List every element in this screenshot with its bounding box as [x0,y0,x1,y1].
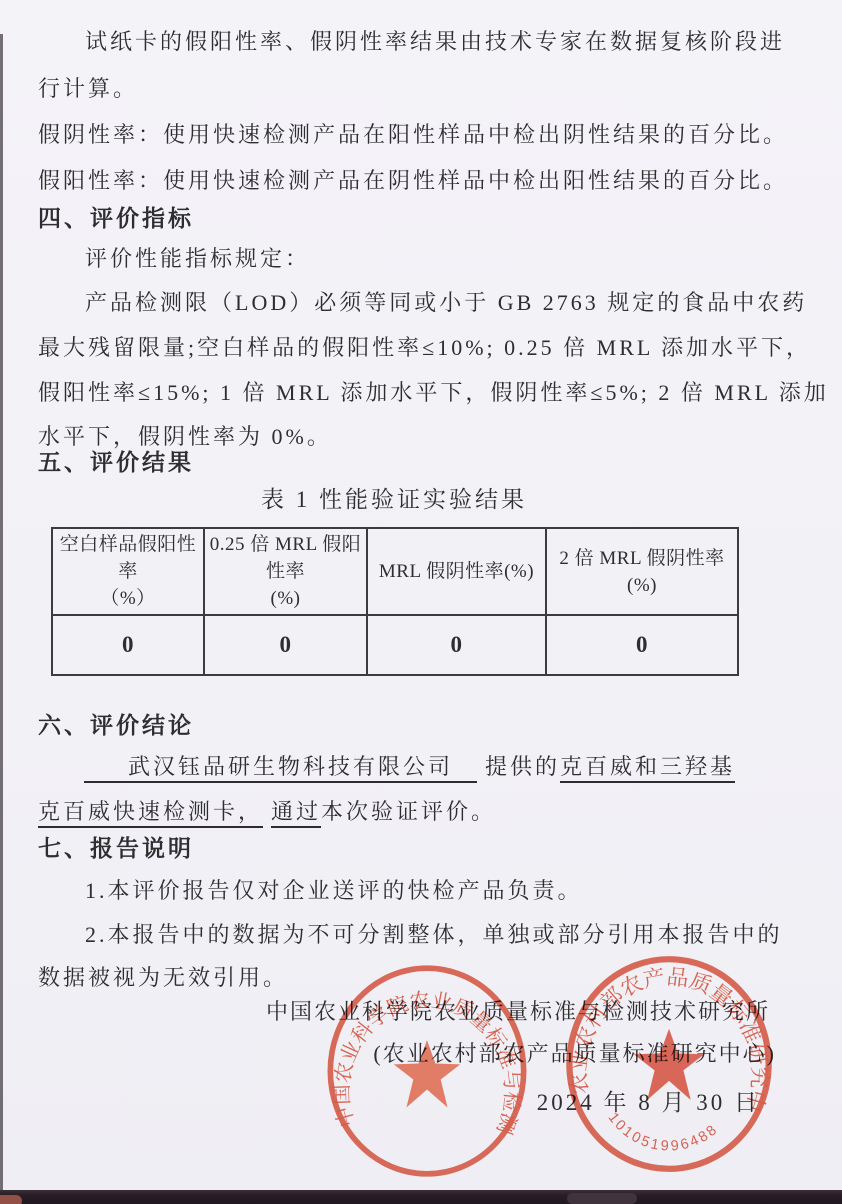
definition-false-positive: 假阳性率：使用快速检测产品在阴性样品中检出阳性结果的百分比。 [38,166,788,196]
report-page: 试纸卡的假阳性率、假阴性率结果由技术专家在数据复核阶段进 行计算。 假阴性率：使… [0,0,842,1204]
section4-intro: 评价性能指标规定： [85,244,310,274]
definition-false-negative: 假阴性率：使用快速检测产品在阳性样品中检出阴性结果的百分比。 [38,120,788,150]
report-note-1: 1.本评价报告仅对企业送评的快检产品负责。 [85,876,583,906]
official-seal-left: 中国农业科学院农业质量标准与检测技术研究所 [324,962,530,1180]
section6-heading: 六、评价结论 [38,711,194,741]
table-header-double-mrl-fnr: 2 倍 MRL 假阴性率(%) [546,528,738,615]
section5-heading: 五、评价结果 [38,448,194,478]
institution-name: 中国农业科学院农业质量标准与检测技术研究所 [266,997,770,1027]
table-title: 表 1 性能验证实验结果 [51,485,737,515]
table-cell-blank-fpr: 0 [52,615,204,675]
section4-body-line1: 产品检测限（LOD）必须等同或小于 GB 2763 规定的食品中农药 [85,288,807,318]
section7-heading: 七、报告说明 [38,834,194,864]
bottom-bar-red-element [0,1195,22,1204]
product-name-part2-underlined: 克百威快速检测卡， [38,799,263,828]
report-date: 2024 年 8 月 30 日 [537,1088,760,1118]
table-value-row: 0 0 0 0 [52,615,738,675]
table-header-mrl-fnr: MRL 假阴性率(%) [367,528,546,615]
conclusion-connector: 提供的 [485,754,560,779]
table-header-quarter-mrl-fpr: 0.25 倍 MRL 假阳性率 (%) [204,528,367,615]
bottom-bar-handle [567,1193,637,1204]
product-name-part1-underlined: 克百威和三羟基 [560,754,735,783]
conclusion-rest: 本次验证评价。 [321,799,496,824]
table-cell-mrl-fnr: 0 [367,615,546,675]
scan-edge-shadow [0,34,3,1190]
results-table: 空白样品假阳性率 （%） 0.25 倍 MRL 假阳性率 (%) MRL 假阴性… [51,527,739,676]
table-header-row: 空白样品假阳性率 （%） 0.25 倍 MRL 假阳性率 (%) MRL 假阴性… [52,528,738,615]
company-name-underlined: 武汉钰品研生物科技有限公司 [84,754,477,783]
section4-body-line3: 假阳性率≤15%; 1 倍 MRL 添加水平下，假阴性率≤5%; 2 倍 MRL… [38,378,829,408]
section4-body-line2: 最大残留限量;空白样品的假阳性率≤10%; 0.25 倍 MRL 添加水平下， [38,333,811,363]
sub-institution-name: (农业农村部农产品质量标准研究中心) [373,1039,776,1069]
section4-heading: 四、评价指标 [38,204,194,234]
table-cell-double-mrl-fnr: 0 [546,615,738,675]
intro-line-2: 行计算。 [38,74,138,104]
report-note-2-line2: 数据被视为无效引用。 [38,963,288,993]
table-header-blank-fpr: 空白样品假阳性率 （%） [52,528,204,615]
bottom-dark-bar [0,1190,842,1204]
table-cell-quarter-mrl-fpr: 0 [204,615,367,675]
intro-line-1: 试纸卡的假阳性率、假阴性率结果由技术专家在数据复核阶段进 [85,27,785,57]
pass-word-underlined: 通过 [271,799,321,828]
conclusion-line-1: 武汉钰品研生物科技有限公司提供的克百威和三羟基 [84,752,735,782]
report-note-2-line1: 2.本报告中的数据为不可分割整体，单独或部分引用本报告中的 [85,920,783,950]
conclusion-line-2: 克百威快速检测卡，通过本次验证评价。 [38,797,496,827]
